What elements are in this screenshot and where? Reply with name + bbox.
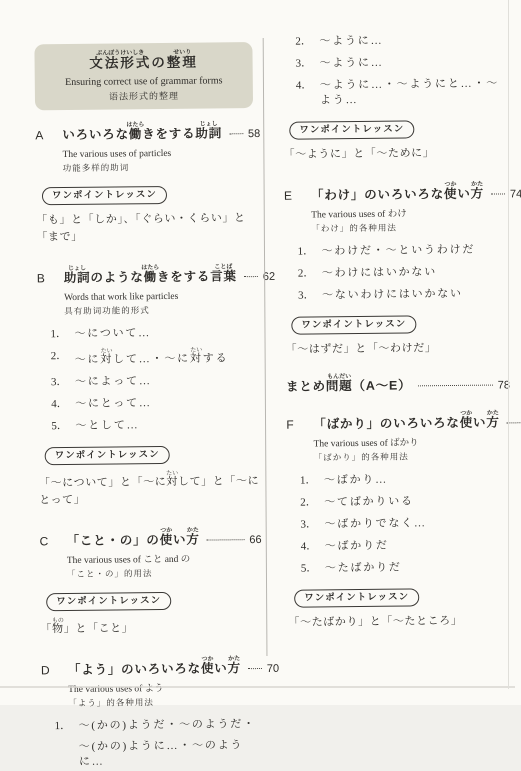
item-text-line: ～ように… <box>319 35 383 48</box>
item-text: ～ばかりだ <box>325 539 389 555</box>
item-number: 2． <box>51 349 75 368</box>
furigana: かた <box>186 528 199 534</box>
one-point-lesson: ワンポイントレッスン <box>289 117 507 139</box>
section-title: 「ばかり」のいろいろな使つかい方かた <box>313 410 499 435</box>
toc-item: 1．～ばかり… <box>300 471 511 488</box>
ruby-word: 働はたら <box>129 127 142 141</box>
page-number: 58 <box>248 123 260 145</box>
one-point-lesson: ワンポイントレッスン <box>291 312 509 334</box>
page-number: 74 <box>510 183 521 205</box>
section-heading: F「ばかり」のいろいろな使つかい方かた80 <box>286 410 510 436</box>
item-text-line: ～ないわけにはいかない <box>322 288 463 301</box>
furigana: もの <box>52 618 64 624</box>
toc-item: 4．～ように…・～ようにと…・～よう… <box>296 76 507 108</box>
section-title: まとめ問題もんだい（A～E） <box>286 373 412 397</box>
summary-entry: まとめ問題もんだい（A～E）78 <box>286 372 510 398</box>
toc-item: 1．～について… <box>50 325 259 342</box>
header-subtitle-en: Ensuring correct use of grammar forms <box>39 74 249 89</box>
ruby-word: 方かた <box>186 533 199 547</box>
item-text: ～わけにはいかない <box>322 265 437 281</box>
item-text: ～ないわけにはいかない <box>322 287 463 303</box>
item-text: ～ように… <box>319 34 383 50</box>
section-subtitle-en: The various uses of ばかり <box>314 436 511 450</box>
item-number: 1． <box>300 473 324 488</box>
dot-leader <box>207 528 245 540</box>
item-text: ～について… <box>74 326 151 342</box>
dot-leader <box>248 657 262 669</box>
toc-item: 4．～ばかりだ <box>301 537 512 554</box>
item-text-line: ～によって… <box>75 375 152 388</box>
section-subtitle-en: The various uses of わけ <box>311 207 508 221</box>
header-title: 文法形式ぶんぽうけいしきの整理せいり <box>38 49 248 74</box>
ruby-word: 対たい <box>190 353 203 365</box>
section-subtitle-en: Words that work like particles <box>64 290 259 304</box>
item-text-line: ～について… <box>74 327 151 340</box>
furigana: じょし <box>195 121 222 127</box>
item-text-line: ～てばかりいる <box>324 495 414 508</box>
item-text: ～ばかり… <box>324 473 388 489</box>
lesson-text: 「も」と「しか」、「ぐらい・くらい」と「まで」 <box>36 210 258 246</box>
section-heading: C「こと・の」の使つかい方かた66 <box>39 527 261 553</box>
item-text: ～として… <box>75 418 139 434</box>
ruby-word: 助詞じょし <box>64 271 91 285</box>
furigana: じょし <box>64 266 91 272</box>
item-number: 4． <box>51 397 75 412</box>
section-letter: B <box>37 267 64 289</box>
one-point-lesson-badge: ワンポイントレッスン <box>289 120 414 139</box>
item-text-line: ～として… <box>75 419 139 432</box>
section-title: 「こと・の」の使つかい方かた <box>66 528 199 552</box>
one-point-lesson-badge: ワンポイントレッスン <box>42 186 167 205</box>
section-entry: F「ばかり」のいろいろな使つかい方かた80The various uses of… <box>286 410 511 463</box>
furigana: せいり <box>167 50 198 56</box>
furigana: かた <box>470 182 483 188</box>
item-number: 3． <box>296 56 320 71</box>
item-number: 3． <box>300 517 324 532</box>
ruby-word: 使つか <box>444 187 457 201</box>
one-point-lesson-badge: ワンポイントレッスン <box>46 592 171 611</box>
section-letter: D <box>41 659 68 681</box>
toc-item: 5．～として… <box>51 417 260 434</box>
item-text-line: ～わけだ・～というわけだ <box>322 244 476 258</box>
one-point-lesson-badge: ワンポイントレッスン <box>291 315 416 334</box>
section-title: 助詞じょしのような働はたらきをする言葉ことば <box>64 264 237 289</box>
ruby-word: 使つか <box>201 661 214 675</box>
one-point-lesson-badge: ワンポイントレッスン <box>294 588 419 607</box>
furigana: つか <box>460 411 473 417</box>
section-title: 「よう」のいろいろな使つかい方かた <box>68 656 241 681</box>
one-point-lesson-badge: ワンポイントレッスン <box>45 446 170 465</box>
section-heading: まとめ問題もんだい（A～E）78 <box>286 372 510 398</box>
toc-item: 1．～わけだ・～というわけだ <box>298 242 509 259</box>
furigana: はたら <box>126 122 144 128</box>
section-entry: B助詞じょしのような働はたらきをする言葉ことば62Words that work… <box>37 264 260 317</box>
ruby-word: 物もの <box>52 623 64 635</box>
left-column: 文法形式ぶんぽうけいしきの整理せいりEnsuring correct use o… <box>34 0 264 705</box>
item-text: ～にとって… <box>75 396 152 412</box>
toc-item: 3．～ないわけにはいかない <box>298 286 509 303</box>
section-subtitle-cn: 具有助词功能的形式 <box>64 304 259 317</box>
dot-leader <box>491 182 505 194</box>
ruby-word: 言葉ことば <box>210 269 237 283</box>
item-number: 4． <box>301 539 325 554</box>
page-right-edge <box>508 0 509 689</box>
section-letter: C <box>39 530 66 552</box>
section-letter: A <box>35 124 62 146</box>
section-subtitle-cn: 「ばかり」的各种用法 <box>314 450 511 463</box>
item-text-line: ～わけにはいかない <box>322 266 437 279</box>
item-text: ～わけだ・～というわけだ <box>322 243 476 260</box>
one-point-lesson: ワンポイントレッスン <box>294 585 512 607</box>
furigana: たい <box>100 349 113 355</box>
furigana: はたら <box>141 265 159 271</box>
item-number: 4． <box>296 78 320 108</box>
section-heading: B助詞じょしのような働はたらきをする言葉ことば62 <box>37 264 259 290</box>
section-letter: F <box>286 413 313 435</box>
page-content: 文法形式ぶんぽうけいしきの整理せいりEnsuring correct use o… <box>0 0 521 705</box>
dot-leader <box>229 122 243 134</box>
item-number: 3． <box>298 288 322 303</box>
page-number: 66 <box>249 529 261 551</box>
item-text: ～ばかりでなく… <box>324 516 427 532</box>
section-entry: E「わけ」のいろいろな使つかい方かた74The various uses of … <box>284 181 509 234</box>
section-subtitle-cn: 「こと・の」的用法 <box>67 567 262 580</box>
item-text: ～に対たいして…・～に対たいする <box>75 347 229 368</box>
furigana: かた <box>486 410 499 416</box>
furigana: かた <box>227 656 240 662</box>
ruby-word: 対たい <box>166 476 178 488</box>
ruby-word: 働はたら <box>144 270 157 284</box>
section-heading: Aいろいろな働はたらきをする助詞じょし58 <box>35 121 257 147</box>
item-number: 2． <box>295 34 319 49</box>
ruby-word: 助詞じょし <box>195 126 222 140</box>
furigana: つか <box>160 528 173 534</box>
section-title: いろいろな働はたらきをする助詞じょし <box>62 121 222 146</box>
item-text-line: ～ように… <box>320 57 384 70</box>
lesson-text: 「～について」と「～に対たいして」と「～にとって」 <box>39 470 261 509</box>
ruby-word: 使つか <box>460 416 473 430</box>
item-text-line: ～ように…・～ようにと…・～よう… <box>320 77 499 106</box>
item-number: 2． <box>300 495 324 510</box>
furigana: ことば <box>210 264 237 270</box>
ruby-word: 問題もんだい <box>326 379 353 393</box>
toc-item: 2．～ように… <box>295 32 506 49</box>
toc-item: 3．～ばかりでなく… <box>300 515 511 532</box>
dot-leader <box>244 265 258 277</box>
furigana: たい <box>190 348 203 354</box>
section-subtitle-cn: 「わけ」的各种用法 <box>311 221 508 234</box>
section-entry: C「こと・の」の使つかい方かた66The various uses of こと … <box>39 527 262 580</box>
page-bottom-edge <box>0 686 515 688</box>
scanned-page: 文法形式ぶんぽうけいしきの整理せいりEnsuring correct use o… <box>0 0 521 705</box>
item-text: ～によって… <box>75 374 152 390</box>
ruby-word: 使つか <box>160 533 173 547</box>
toc-item: 3．～ように… <box>296 54 507 71</box>
item-text-line: ～ばかりでなく… <box>324 517 427 530</box>
item-text-line: ～にとって… <box>75 397 152 410</box>
item-number: 1． <box>50 327 74 342</box>
toc-item: 2．～てばかりいる <box>300 493 511 510</box>
toc-item: 2．～に対たいして…・～に対たいする <box>51 347 260 368</box>
furigana: つか <box>444 182 457 188</box>
ruby-word: 整理せいり <box>167 55 198 70</box>
item-number: 1． <box>298 244 322 259</box>
item-text: ～てばかりいる <box>324 494 414 510</box>
item-number: 5． <box>301 561 325 576</box>
section-subtitle-en: The various uses of こと and の <box>67 553 262 567</box>
ruby-word: 方かた <box>228 661 241 675</box>
section-heading: D「よう」のいろいろな使つかい方かた70 <box>41 656 263 682</box>
item-text-line: ～ばかり… <box>324 474 388 487</box>
toc-item: 3．～によって… <box>51 373 260 390</box>
item-text: ～たばかりだ <box>325 561 402 577</box>
one-point-lesson: ワンポイントレッスン <box>45 443 261 465</box>
item-text-line: ～に対たいして…・～に対たいする <box>75 352 229 366</box>
furigana: たい <box>166 471 178 477</box>
ruby-word: 方かた <box>486 415 499 429</box>
furigana: ぶんぽうけいしき <box>89 50 151 57</box>
lesson-text: 「～ように」と「～ために」 <box>283 144 507 163</box>
item-number: 3． <box>51 375 75 390</box>
section-entry: D「よう」のいろいろな使つかい方かた70The various uses of … <box>41 656 264 705</box>
header-subtitle-cn: 语法形式的整理 <box>39 89 249 103</box>
grammar-header-box: 文法形式ぶんぽうけいしきの整理せいりEnsuring correct use o… <box>34 42 253 110</box>
lesson-text: 「物もの」と「こと」 <box>40 616 262 638</box>
section-subtitle-cn: 「よう」的各种用法 <box>68 696 263 705</box>
toc-item: 5．～たばかりだ <box>301 559 512 576</box>
toc-item: 4．～にとって… <box>51 395 260 412</box>
furigana: もんだい <box>326 374 353 380</box>
item-number: 5． <box>51 419 75 434</box>
item-text-line: ～たばかりだ <box>325 562 402 575</box>
page-number: 70 <box>267 658 279 680</box>
section-letter: E <box>284 184 311 206</box>
lesson-text: 「～はずだ」と「～わけだ」 <box>286 339 510 358</box>
one-point-lesson: ワンポイントレッスン <box>42 183 258 205</box>
item-text-line: ～ばかりだ <box>325 540 389 553</box>
lesson-text: 「～たばかり」と「～たところ」 <box>288 612 512 631</box>
ruby-word: 対たい <box>100 354 113 366</box>
section-heading: E「わけ」のいろいろな使つかい方かた74 <box>284 181 508 207</box>
item-text: ～ように… <box>320 56 384 72</box>
section-subtitle-en: The various uses of particles <box>62 147 257 161</box>
ruby-word: 方かた <box>471 187 484 201</box>
section-subtitle-en: The various uses of よう <box>68 682 263 696</box>
ruby-word: 文法形式ぶんぽうけいしき <box>89 55 151 71</box>
section-title: 「わけ」のいろいろな使つかい方かた <box>311 182 484 207</box>
section-entry: Aいろいろな働はたらきをする助詞じょし58The various uses of… <box>35 121 258 174</box>
one-point-lesson: ワンポイントレッスン <box>46 589 262 611</box>
toc-item: 2．～わけにはいかない <box>298 264 509 281</box>
dot-leader <box>418 374 492 387</box>
item-number: 2． <box>298 266 322 281</box>
column-divider <box>263 38 268 656</box>
furigana: つか <box>201 657 214 663</box>
section-subtitle-cn: 功能多样的助词 <box>63 161 258 174</box>
right-column: 2．～ように…3．～ように…4．～ように…・～ようにと…・～よう…ワンポイントレ… <box>282 0 513 632</box>
item-text: ～ように…・～ようにと…・～よう… <box>320 76 507 108</box>
